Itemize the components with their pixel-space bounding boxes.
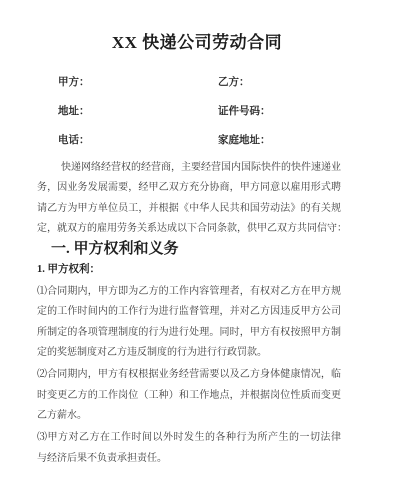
text-line: ⑶甲方对乙方在工作时间以外时发生的各种行为所产生的一切法律 <box>37 428 341 448</box>
field-label-party-a: 甲方： <box>58 68 218 97</box>
party-row-2: 地址： 证件号码： <box>58 97 354 126</box>
text-line: 快递网络经营权的经营商，主要经营国内国际快件的快件速递业 <box>37 158 341 178</box>
clause-3: ⑶甲方对乙方在工作时间以外时发生的各种行为所产生的一切法律 与经济后果不负责承担… <box>37 428 341 469</box>
field-label-home-address: 家庭地址： <box>218 126 354 155</box>
text-line: 乙方薪水。 <box>37 406 341 426</box>
clause-2: ⑵合同期内，甲方有权根据业务经营需要以及乙方身体健康情况，临 时变更乙方的工作岗… <box>37 365 341 426</box>
field-label-address: 地址： <box>58 97 218 126</box>
party-row-1: 甲方： 乙方： <box>58 68 354 97</box>
text-line: 定，就双方的雇用劳务关系达成以下合同条款，供甲乙双方共同信守： <box>37 219 341 239</box>
contract-page: XX 快递公司劳动合同 甲方： 乙方： 地址： 证件号码： 电话： 家庭地址： … <box>0 0 394 500</box>
text-line: 所制定的各项管理制度的行为进行处理。同时，甲方有权按照甲方制 <box>37 323 341 343</box>
party-row-3: 电话： 家庭地址： <box>58 126 354 155</box>
text-line: 与经济后果不负责承担责任。 <box>37 449 341 469</box>
text-line: 请乙方为甲方单位员工，并根据《中华人民共和国劳动法》的有关规 <box>37 199 341 219</box>
field-label-id-number: 证件号码： <box>218 97 354 126</box>
party-info-section: 甲方： 乙方： 地址： 证件号码： 电话： 家庭地址： <box>0 68 394 155</box>
text-line: 定的奖惩制度对乙方违反制度的行为进行行政罚款。 <box>37 343 341 363</box>
field-label-phone: 电话： <box>58 126 218 155</box>
intro-paragraph: 快递网络经营权的经营商，主要经营国内国际快件的快件速递业 务，因业务发展需要，经… <box>37 158 341 239</box>
text-line: 务，因业务发展需要，经甲乙双方充分协商，甲方同意以雇用形式聘 <box>37 178 341 198</box>
field-label-party-b: 乙方： <box>218 68 354 97</box>
subsection-heading: 1. 甲方权利： <box>37 260 341 280</box>
contract-body: 快递网络经营权的经营商，主要经营国内国际快件的快件速递业 务，因业务发展需要，经… <box>37 158 341 469</box>
clause-1: ⑴合同期内，甲方即为乙方的工作内容管理者，有权对乙方在甲方规 定的工作时间内的工… <box>37 282 341 363</box>
text-line: ⑴合同期内，甲方即为乙方的工作内容管理者，有权对乙方在甲方规 <box>37 282 341 302</box>
text-line: ⑵合同期内，甲方有权根据业务经营需要以及乙方身体健康情况，临 <box>37 365 341 385</box>
document-title: XX 快递公司劳动合同 <box>0 32 394 54</box>
text-line: 时变更乙方的工作岗位（工种）和工作地点，并根据岗位性质而变更 <box>37 386 341 406</box>
text-line: 定的工作时间内的工作行为进行监督管理，并对乙方因违反甲方公司 <box>37 302 341 322</box>
section-heading: 一. 甲方权利和义务 <box>51 239 341 259</box>
